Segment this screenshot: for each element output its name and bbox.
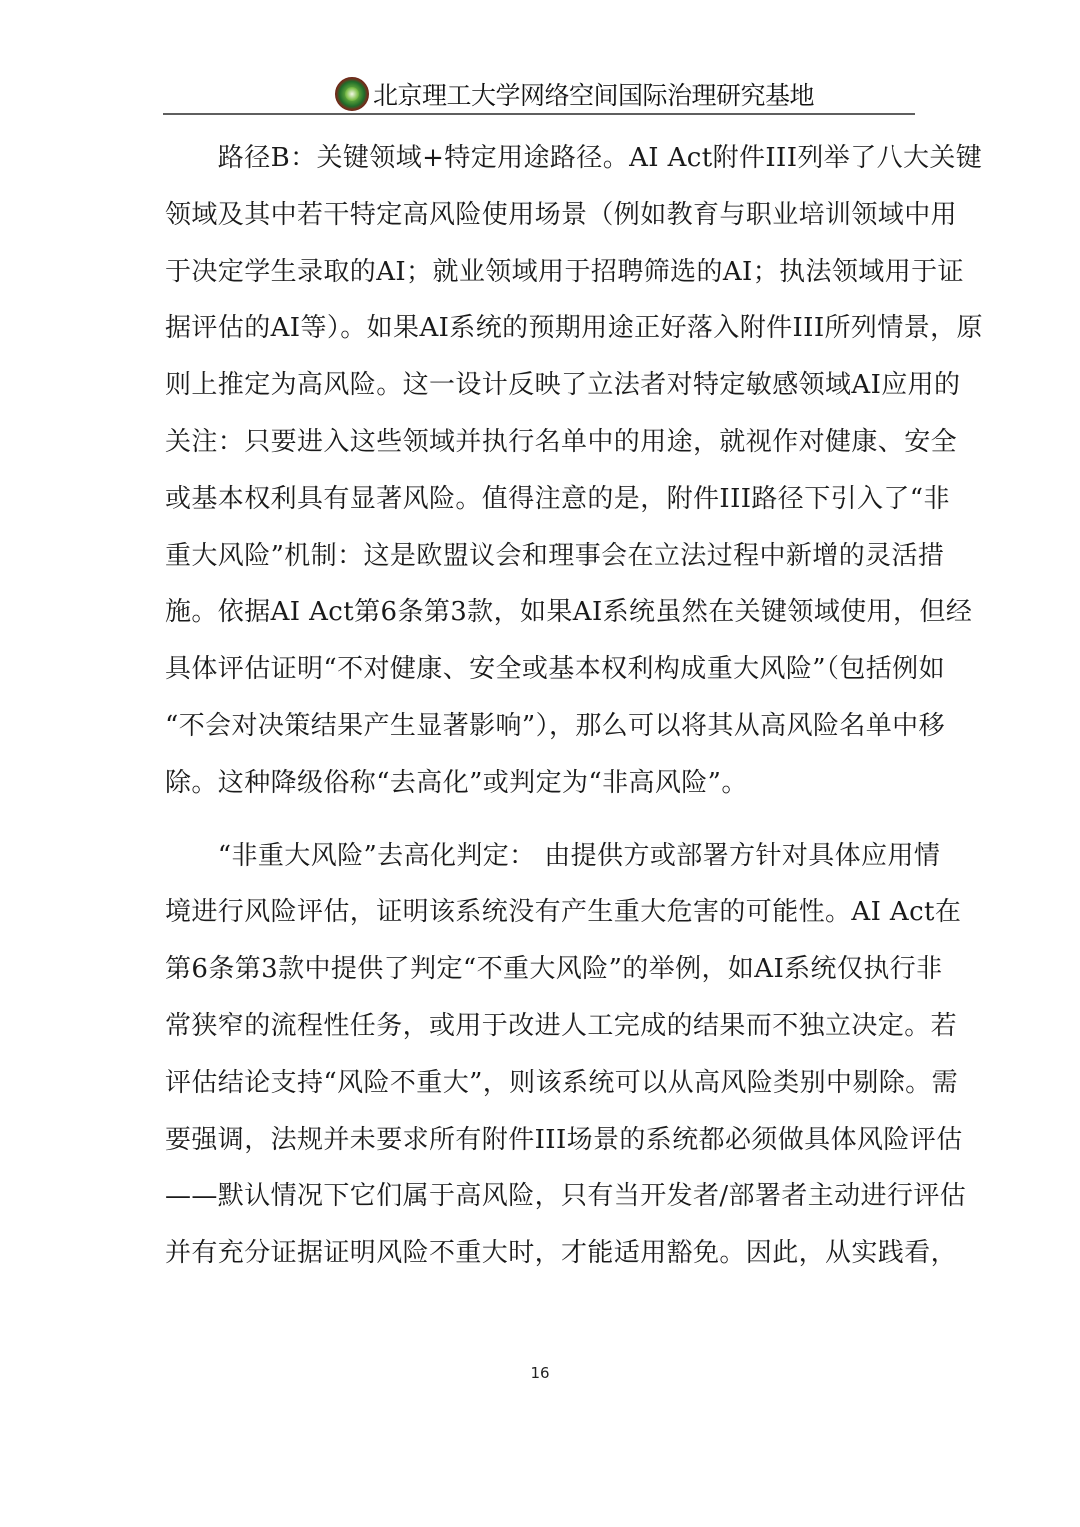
text-line: 具体评估证明“不对健康、安全或基本权利构成重大风险”（包括例如 bbox=[165, 641, 917, 698]
university-emblem-icon bbox=[335, 77, 369, 111]
text-line: 则上推定为高风险。这一设计反映了立法者对特定敏感领域AI应用的 bbox=[165, 357, 917, 414]
document-body: 路径B：关键领域+特定用途路径。AI Act附件III列举了八大关键 领域及其中… bbox=[165, 130, 917, 1282]
text-line: 要强调，法规并未要求所有附件III场景的系统都必须做具体风险评估 bbox=[165, 1112, 917, 1169]
text-line: 常狭窄的流程性任务，或用于改进人工完成的结果而不独立决定。若 bbox=[165, 998, 917, 1055]
text-line: “不会对决策结果产生显著影响”），那么可以将其从高风险名单中移 bbox=[165, 698, 917, 755]
paragraph-non-significant-risk: “非重大风险”去高化判定： 由提供方或部署方针对具体应用情 境进行风险评估，证明… bbox=[165, 828, 917, 1282]
text-line: 关注：只要进入这些领域并执行名单中的用途，就视作对健康、安全 bbox=[165, 414, 917, 471]
text-line: 于决定学生录取的AI；就业领域用于招聘筛选的AI；执法领域用于证 bbox=[165, 244, 917, 301]
text-line: ——默认情况下它们属于高风险，只有当开发者/部署者主动进行评估 bbox=[165, 1168, 917, 1225]
paragraph-path-b: 路径B：关键领域+特定用途路径。AI Act附件III列举了八大关键 领域及其中… bbox=[165, 130, 917, 812]
page-number: 16 bbox=[0, 1364, 1080, 1382]
text-line: “非重大风险”去高化判定： 由提供方或部署方针对具体应用情 bbox=[165, 828, 917, 885]
text-line: 第6条第3款中提供了判定“不重大风险”的举例，如AI系统仅执行非 bbox=[165, 941, 917, 998]
header-divider bbox=[163, 113, 915, 115]
header-branding: 北京理工大学网络空间国际治理研究基地 bbox=[335, 74, 814, 114]
header-title: 北京理工大学网络空间国际治理研究基地 bbox=[373, 76, 814, 112]
text-line: 除。这种降级俗称“去高化”或判定为“非高风险”。 bbox=[165, 755, 917, 812]
text-line: 领域及其中若干特定高风险使用场景（例如教育与职业培训领域中用 bbox=[165, 187, 917, 244]
text-line: 据评估的AI等）。如果AI系统的预期用途正好落入附件III所列情景，原 bbox=[165, 300, 917, 357]
text-line: 评估结论支持“风险不重大”，则该系统可以从高风险类别中剔除。需 bbox=[165, 1055, 917, 1112]
text-line: 重大风险”机制：这是欧盟议会和理事会在立法过程中新增的灵活措 bbox=[165, 528, 917, 585]
text-line: 境进行风险评估，证明该系统没有产生重大危害的可能性。AI Act在 bbox=[165, 884, 917, 941]
text-line: 施。依据AI Act第6条第3款，如果AI系统虽然在关键领域使用，但经 bbox=[165, 584, 917, 641]
text-line: 路径B：关键领域+特定用途路径。AI Act附件III列举了八大关键 bbox=[165, 130, 917, 187]
text-line: 或基本权利具有显著风险。值得注意的是，附件III路径下引入了“非 bbox=[165, 471, 917, 528]
page-header: 北京理工大学网络空间国际治理研究基地 bbox=[163, 70, 915, 116]
text-line: 并有充分证据证明风险不重大时，才能适用豁免。因此，从实践看， bbox=[165, 1225, 917, 1282]
